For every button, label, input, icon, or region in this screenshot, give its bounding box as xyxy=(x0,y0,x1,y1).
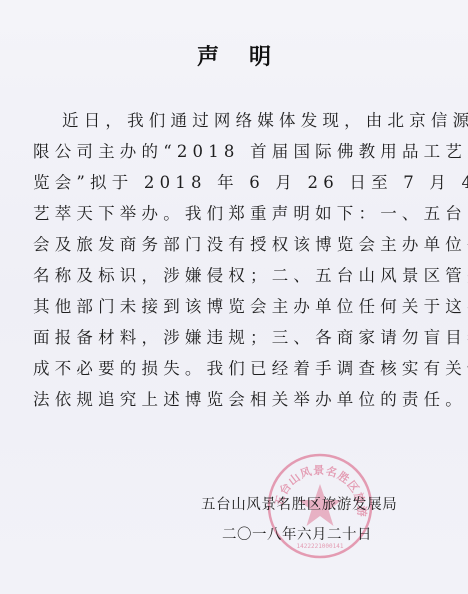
body-line: 限公司主办的“2018 首届国际佛教用品工艺品（五台山）博 xyxy=(33,136,433,167)
body-line: 会及旅发商务部门没有授权该博览会主办单位使用“五台山” xyxy=(33,229,433,260)
body-line: 艺萃天下举办。我们郑重声明如下：一、五台山风景区管委 xyxy=(33,198,433,229)
document-title: 声明 xyxy=(0,44,468,72)
body-line: 其他部门未接到该博览会主办单位任何关于这次活动的书 xyxy=(33,291,433,322)
body-line: 法依规追究上述博览会相关举办单位的责任。 xyxy=(33,384,433,415)
document-body: 近日，我们通过网络媒体发现，由北京信源会展服务有 限公司主办的“2018 首届国… xyxy=(33,105,433,415)
signature-organization: 五台山风景名胜区旅游发展局 xyxy=(201,494,411,516)
signature-date: 二〇一八年六月二十日 xyxy=(222,524,392,546)
body-line: 名称及标识，涉嫌侵权；二、五台山风景区管委会旅发局及 xyxy=(33,260,433,291)
body-line: 览会”拟于 2018 年 6 月 26 日至 7 月 4 日在五台山游客中心 xyxy=(33,167,433,198)
body-line: 面报备材料，涉嫌违规；三、各商家请勿盲目参展，以免造 xyxy=(33,322,433,353)
body-line: 近日，我们通过网络媒体发现，由北京信源会展服务有 xyxy=(33,105,433,136)
body-line: 成不必要的损失。我们已经着手调查核实有关情况，并将依 xyxy=(33,353,433,384)
document-page: 声明 近日，我们通过网络媒体发现，由北京信源会展服务有 限公司主办的“2018 … xyxy=(0,0,468,594)
